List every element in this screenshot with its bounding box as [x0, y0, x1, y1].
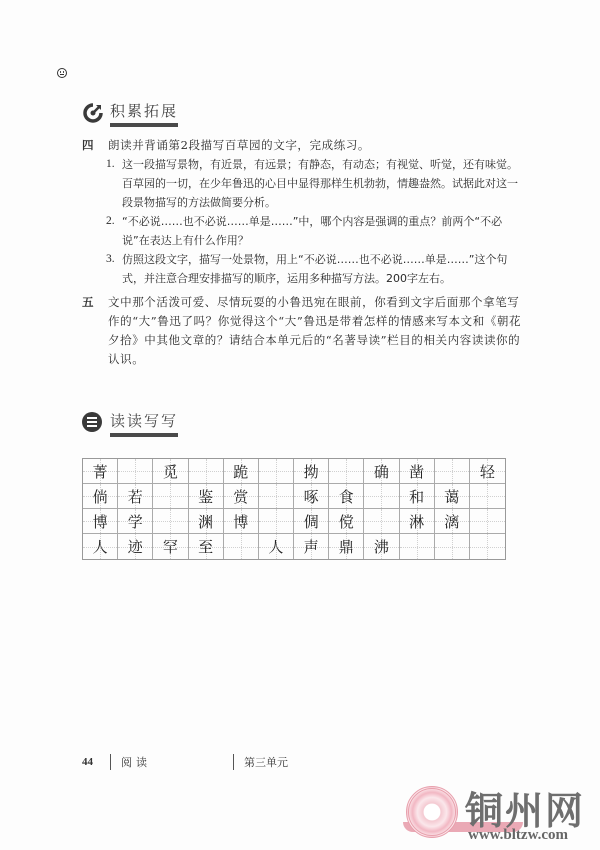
grid-cell: [153, 509, 188, 534]
question-4: 四 朗读并背诵第2段描写百草园的文字，完成练习。 1. 这一段描写景物，有近景，…: [82, 136, 522, 288]
grid-cell: 确: [364, 459, 399, 484]
grid-cell: 人: [259, 534, 294, 559]
sub-number: 1.: [106, 155, 122, 212]
grid-cell: 渊: [189, 509, 224, 534]
sub-question: 2. “不必说……也不必说……单是……”中，哪个内容是强调的重点？前两个“不必说…: [82, 212, 522, 250]
page-footer: 44 阅读 第三单元: [82, 754, 288, 770]
grid-cell: 鉴: [189, 484, 224, 509]
grid-cell: 赏: [224, 484, 259, 509]
grid-cell: 至: [189, 534, 224, 559]
grid-cell: [189, 459, 224, 484]
grid-cell: [259, 484, 294, 509]
grid-cell: 淋: [400, 509, 435, 534]
grid-cell: [329, 459, 364, 484]
menu-lines-icon: [82, 412, 102, 432]
grid-cell: 蔼: [435, 484, 470, 509]
grid-cell: 人: [83, 534, 118, 559]
grid-cell: 食: [329, 484, 364, 509]
grid-cell: 拗: [294, 459, 329, 484]
grid-cell: 博: [224, 509, 259, 534]
vocabulary-grid: 菁觅跪拗确凿轻倘若鉴赏啄食和蔼博学渊博倜傥淋漓人迹罕至人声鼎沸: [82, 458, 506, 560]
watermark-url: www.bltzw.com: [468, 827, 568, 844]
grid-cell: [470, 509, 505, 534]
divider: [233, 754, 234, 770]
section-header-read-write: 读读写写: [82, 410, 178, 437]
grid-cell: [470, 534, 505, 559]
grid-cell: [259, 509, 294, 534]
question-text: 朗读并背诵第2段描写百草园的文字，完成练习。: [108, 136, 522, 155]
section-header-accumulate: 积累拓展: [82, 100, 178, 127]
grid-cell: 沸: [364, 534, 399, 559]
grid-cell: 声: [294, 534, 329, 559]
section-title: 积累拓展: [110, 100, 178, 127]
footer-unit: 第三单元: [244, 754, 288, 770]
sub-text: 这一段描写景物，有近景，有远景；有静态，有动态；有视觉、听觉，还有味觉。百草园的…: [122, 155, 522, 212]
watermark: 铜州网 www.bltzw.com: [403, 780, 598, 846]
grid-cell: 跪: [224, 459, 259, 484]
grid-cell: [400, 534, 435, 559]
sub-question: 3. 仿照这段文字，描写一处景物，用上“不必说……也不必说……单是……”这个句式…: [82, 250, 522, 288]
grid-cell: 漓: [435, 509, 470, 534]
grid-cell: 鼎: [329, 534, 364, 559]
grid-cell: [364, 484, 399, 509]
grid-cell: 啄: [294, 484, 329, 509]
grid-cell: [118, 459, 153, 484]
divider: [110, 754, 111, 770]
grid-cell: 博: [83, 509, 118, 534]
question-text: 文中那个活泼可爱、尽情玩耍的小鲁迅宛在眼前，你看到文字后面那个拿笔写作的“大”鲁…: [108, 293, 522, 369]
grid-cell: 若: [118, 484, 153, 509]
smiley-icon: [57, 68, 67, 78]
grid-cell: [259, 459, 294, 484]
grid-cell: [435, 459, 470, 484]
grid-cell: 和: [400, 484, 435, 509]
grid-cell: 菁: [83, 459, 118, 484]
grid-cell: 倘: [83, 484, 118, 509]
grid-cell: [470, 484, 505, 509]
question-number: 五: [82, 293, 108, 369]
question-number: 四: [82, 136, 108, 155]
grid-cell: 觅: [153, 459, 188, 484]
section-title: 读读写写: [110, 410, 178, 437]
sub-question: 1. 这一段描写景物，有近景，有远景；有静态，有动态；有视觉、听觉，还有味觉。百…: [82, 155, 522, 212]
page-number: 44: [82, 756, 110, 768]
sub-text: 仿照这段文字，描写一处景物，用上“不必说……也不必说……单是……”这个句式，并注…: [122, 250, 522, 288]
footer-section: 阅读: [121, 754, 233, 770]
watermark-logo-icon: [406, 786, 458, 838]
grid-cell: 凿: [400, 459, 435, 484]
grid-cell: [364, 509, 399, 534]
sub-text: “不必说……也不必说……单是……”中，哪个内容是强调的重点？前两个“不必说”在表…: [122, 212, 522, 250]
sub-number: 2.: [106, 212, 122, 250]
grid-cell: 倜: [294, 509, 329, 534]
grid-cell: [224, 534, 259, 559]
grid-cell: 学: [118, 509, 153, 534]
grid-cell: [153, 484, 188, 509]
grid-cell: [435, 534, 470, 559]
grid-cell: 迹: [118, 534, 153, 559]
grid-cell: 傥: [329, 509, 364, 534]
refresh-arrow-icon: [82, 102, 102, 122]
sub-number: 3.: [106, 250, 122, 288]
question-5: 五 文中那个活泼可爱、尽情玩耍的小鲁迅宛在眼前，你看到文字后面那个拿笔写作的“大…: [82, 293, 522, 369]
grid-cell: 罕: [153, 534, 188, 559]
grid-cell: 轻: [470, 459, 505, 484]
